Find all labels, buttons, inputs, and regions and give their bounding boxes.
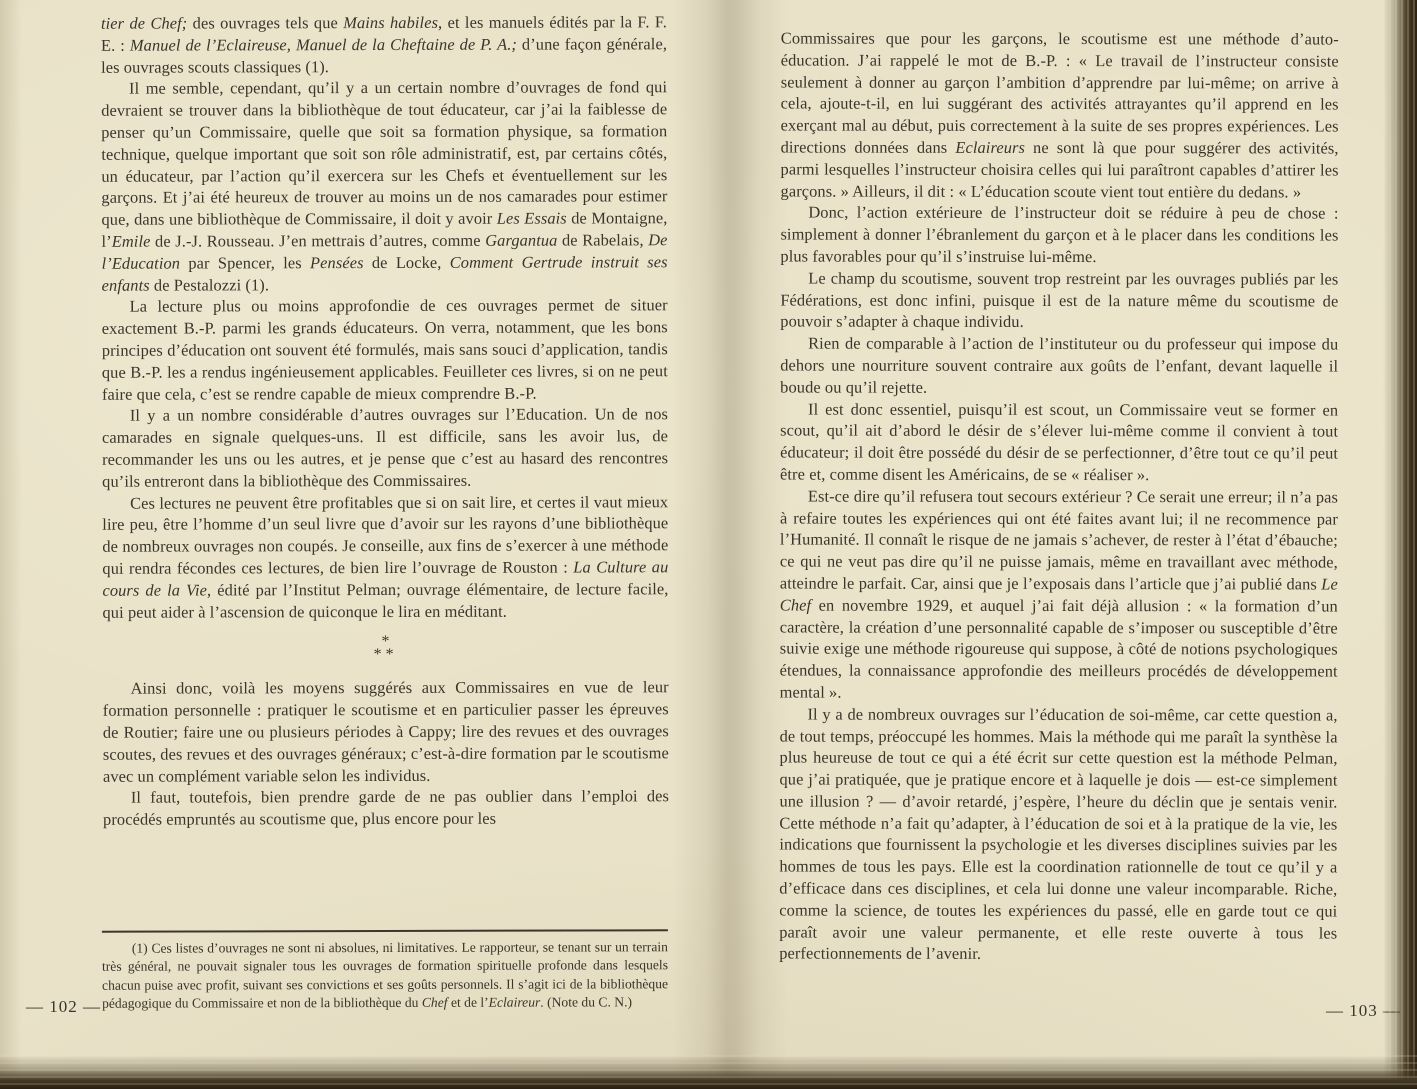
footnote: (1) Ces listes d’ouvrages ne sont ni abs… [102, 929, 668, 1013]
paragraph: Il faut, toutefois, bien prendre garde d… [103, 786, 669, 831]
left-paper-edge [0, 0, 22, 1089]
asterism-separator: * ** [103, 635, 669, 662]
left-page-number: — 102 — [26, 997, 101, 1017]
paragraph: La lecture plus ou moins approfondie de … [102, 295, 668, 405]
paragraph: Rien de comparable à l’action de l’insti… [780, 333, 1338, 399]
paragraph: Ces lectures ne peuvent être profitables… [102, 491, 668, 623]
bottom-book-edge [0, 1055, 1417, 1089]
paragraph: Il y a un nombre considérable d’autres o… [102, 404, 668, 493]
paragraph: Ainsi donc, voilà les moyens suggérés au… [103, 677, 669, 787]
paragraph: Il me semble, cependant, qu’il y a un ce… [101, 77, 668, 296]
asterism-bottom: ** [103, 648, 669, 662]
paragraph: Il y a de nombreux ouvrages sur l’éducat… [779, 703, 1337, 966]
paragraph: Il est donc essentiel, puisqu’il est sco… [780, 398, 1338, 486]
left-page-closing-text: Ainsi donc, voilà les moyens suggérés au… [103, 677, 669, 831]
footnote-paragraph: (1) Ces listes d’ouvrages ne sont ni abs… [102, 938, 668, 1013]
paragraph: Le champ du scoutisme, souvent trop rest… [780, 267, 1338, 333]
left-page-text-column: tier de Chef; des ouvrages tels que Main… [101, 11, 669, 830]
paragraph: Donc, l’action extérieure de l’instructe… [780, 202, 1338, 268]
book-scan: tier de Chef; des ouvrages tels que Main… [0, 0, 1417, 1089]
right-page-main-text: Commissaires que pour les garçons, le sc… [779, 28, 1339, 966]
right-book-edge [1383, 0, 1417, 1089]
page-gutter-shadow [672, 0, 788, 1089]
right-page-text-column: Commissaires que pour les garçons, le sc… [779, 28, 1339, 966]
paragraph: Est-ce dire qu’il refusera tout secours … [780, 485, 1338, 704]
left-page-main-text: tier de Chef; des ouvrages tels que Main… [101, 11, 669, 623]
paragraph: tier de Chef; des ouvrages tels que Main… [101, 11, 667, 78]
paragraph: Commissaires que pour les garçons, le sc… [781, 28, 1339, 203]
